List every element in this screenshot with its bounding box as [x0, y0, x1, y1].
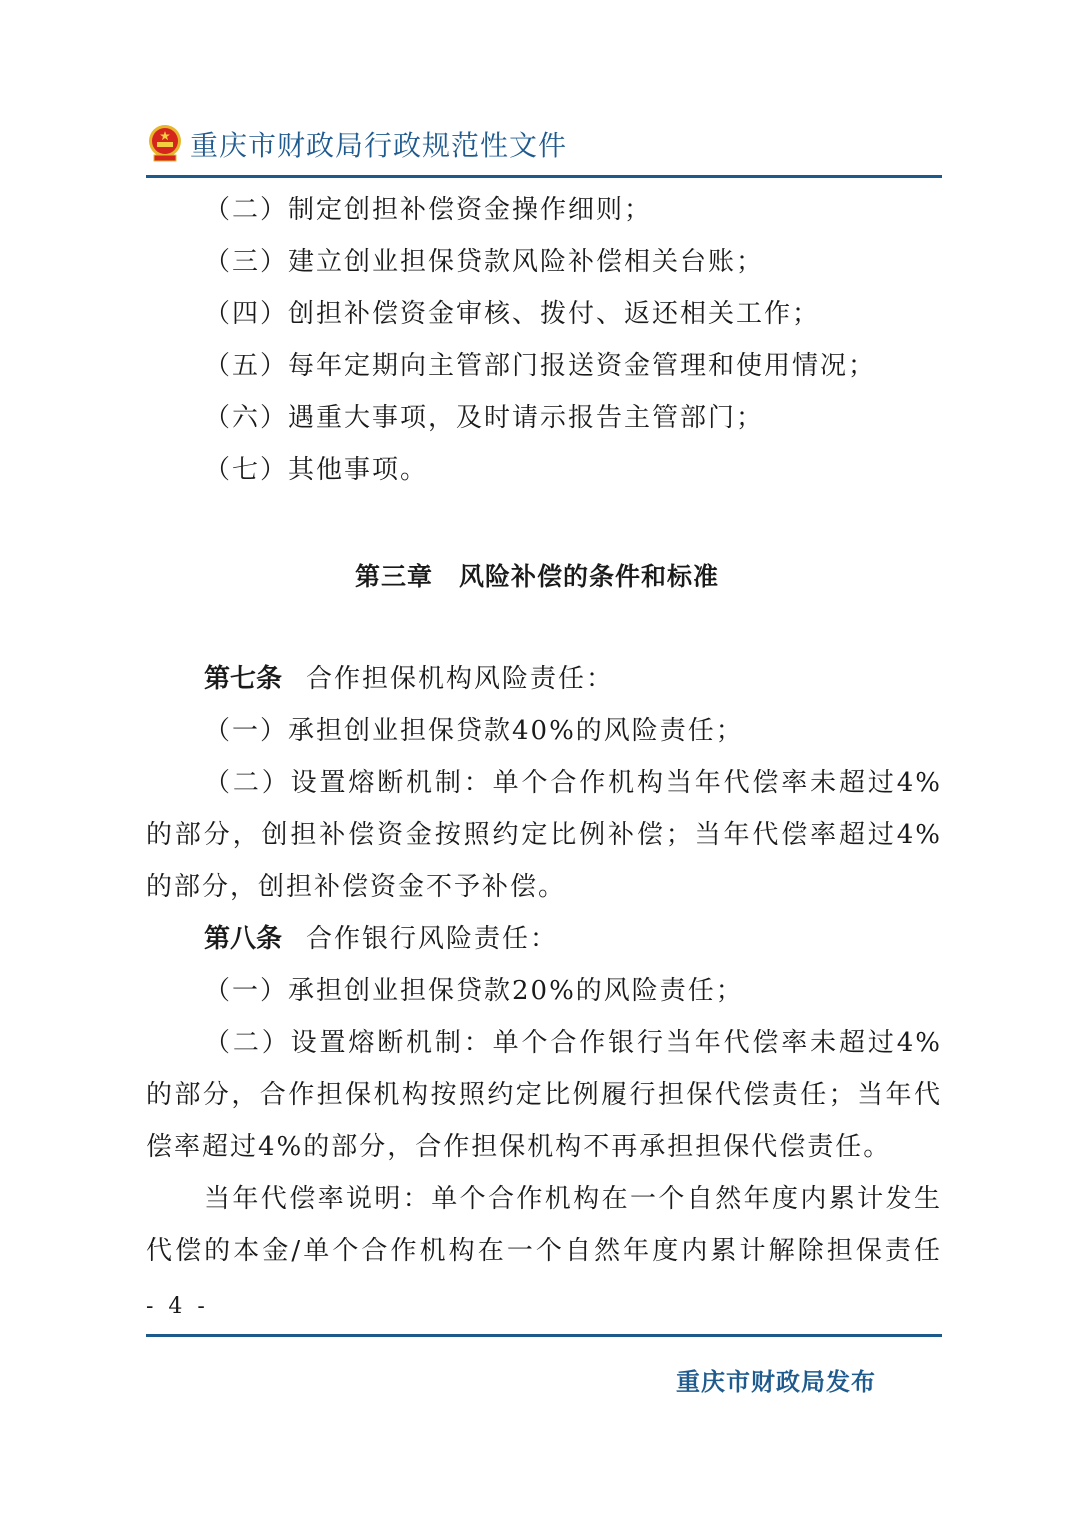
article-label: 第八条	[204, 924, 282, 954]
national-emblem-icon	[146, 124, 184, 164]
paragraph-line: 当年代偿率说明：单个合作机构在一个自然年度内累计发生	[204, 1182, 942, 1216]
list-item: （五）每年定期向主管部门报送资金管理和使用情况；	[204, 349, 876, 383]
paragraph-line: 的部分，创担补偿资金按照约定比例补偿；当年代偿率超过4%	[146, 818, 942, 852]
footer-divider	[146, 1334, 942, 1337]
paragraph-line: （一）承担创业担保贷款20%的风险责任；	[204, 974, 744, 1008]
header-divider	[146, 175, 942, 178]
list-item: （四）创担补偿资金审核、拨付、返还相关工作；	[204, 297, 820, 331]
publisher-footer: 重庆市财政局发布	[676, 1362, 876, 1397]
list-item: （七）其他事项。	[204, 453, 428, 487]
article-title: 合作银行风险责任：	[306, 924, 558, 954]
paragraph-line: 代偿的本金/单个合作机构在一个自然年度内累计解除担保责任	[146, 1234, 942, 1268]
document-header: 重庆市财政局行政规范性文件	[146, 122, 567, 166]
article-7-heading: 第七条合作担保机构风险责任：	[204, 662, 614, 696]
article-label: 第七条	[204, 664, 282, 694]
paragraph-line: （二）设置熔断机制：单个合作机构当年代偿率未超过4%	[204, 766, 942, 800]
paragraph-line: 偿率超过4%的部分，合作担保机构不再承担担保代偿责任。	[146, 1130, 891, 1164]
list-item: （三）建立创业担保贷款风险补偿相关台账；	[204, 245, 764, 279]
paragraph-line: （一）承担创业担保贷款40%的风险责任；	[204, 714, 744, 748]
chapter-title: 第三章 风险补偿的条件和标准	[0, 557, 1074, 593]
document-header-title: 重庆市财政局行政规范性文件	[190, 124, 567, 164]
page-number: - 4 -	[146, 1294, 209, 1319]
article-8-heading: 第八条合作银行风险责任：	[204, 922, 558, 956]
article-title: 合作担保机构风险责任：	[306, 664, 614, 694]
paragraph-line: 的部分，创担补偿资金不予补偿。	[146, 870, 566, 904]
paragraph-line: （二）设置熔断机制：单个合作银行当年代偿率未超过4%	[204, 1026, 942, 1060]
list-item: （六）遇重大事项，及时请示报告主管部门；	[204, 401, 764, 435]
paragraph-line: 的部分，合作担保机构按照约定比例履行担保代偿责任；当年代	[146, 1078, 942, 1112]
list-item: （二）制定创担补偿资金操作细则；	[204, 193, 652, 227]
